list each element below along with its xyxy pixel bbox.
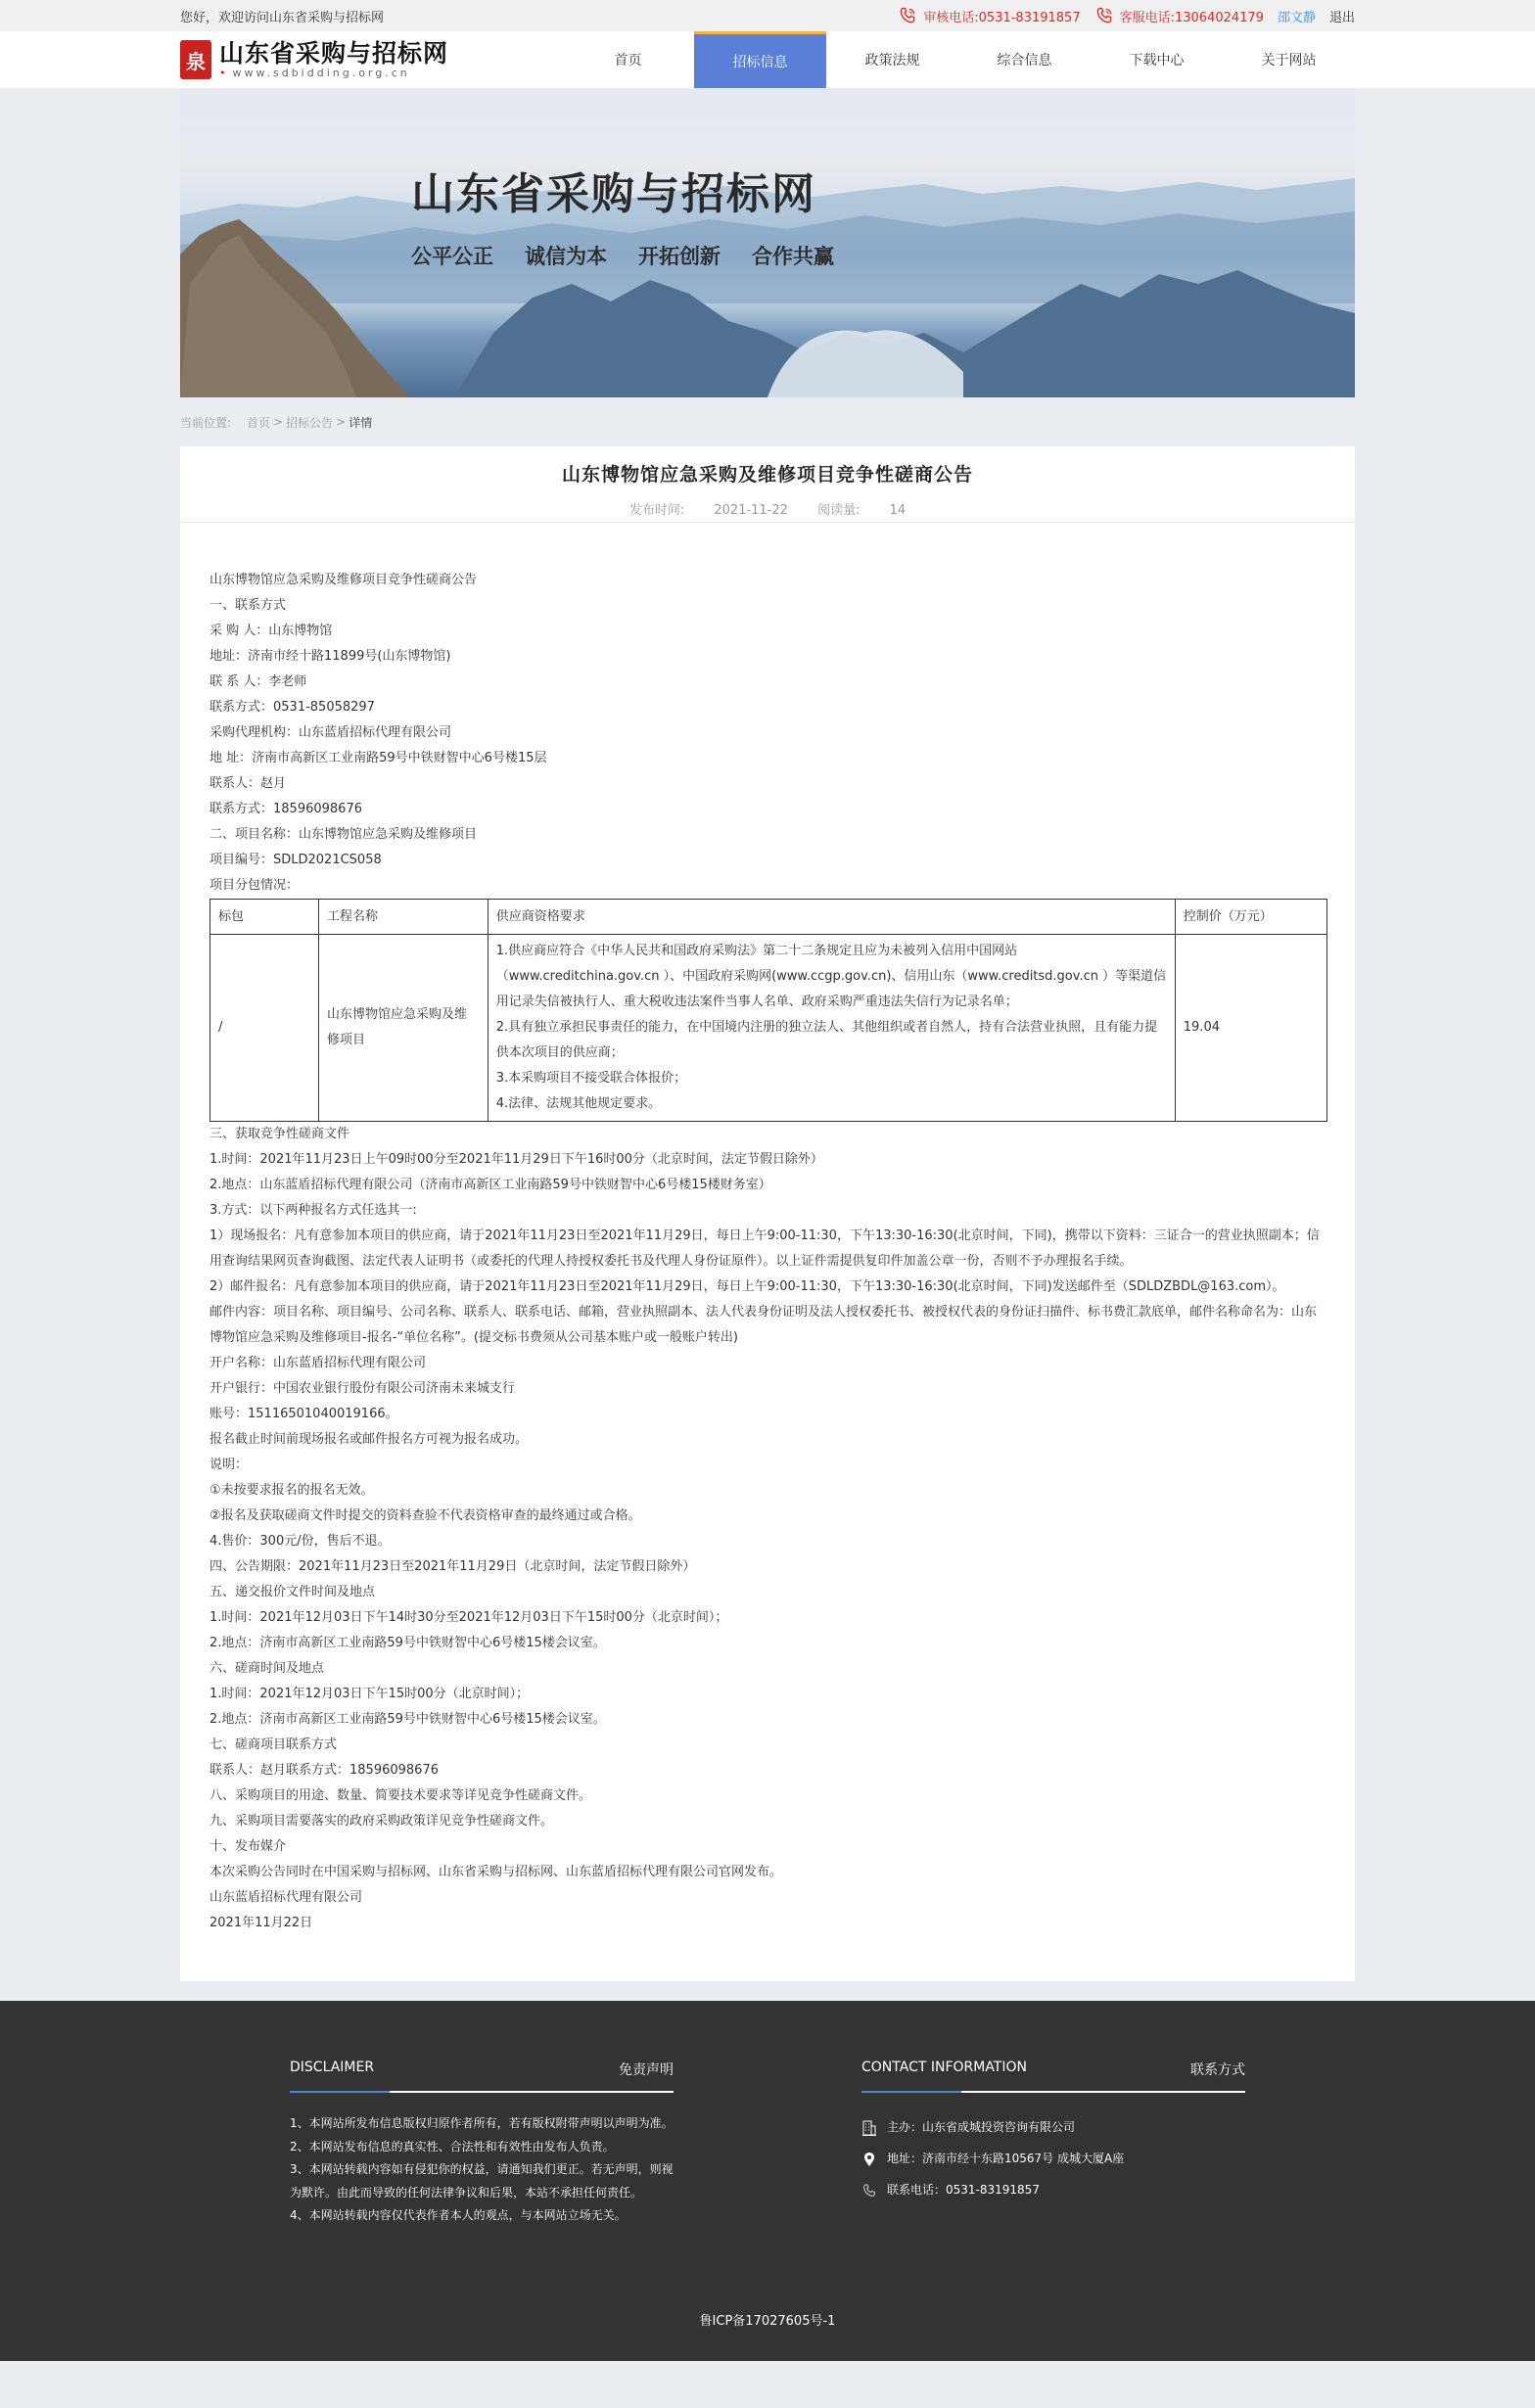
- breadcrumb-current: 详情: [349, 414, 372, 431]
- article-paragraph: 四、公告期限：2021年11月23日至2021年11月29日（北京时间，法定节假…: [209, 1554, 1326, 1580]
- article-paragraph: 开户名称：山东蓝盾招标代理有限公司: [209, 1351, 1326, 1376]
- nav-item-bidding-info[interactable]: 招标信息: [694, 31, 826, 88]
- contact-address-text: 地址：济南市经十东路10567号 成城大厦A座: [887, 2148, 1124, 2171]
- requirements-cell: 1.供应商应符合《中华人民共和国政府采购法》第二十二条规定且应为未被列入信用中国…: [488, 935, 1175, 1122]
- article-paragraph: 1.时间：2021年12月03日下午15时00分（北京时间）；: [209, 1682, 1326, 1707]
- table-row: / 山东博物馆应急采购及维修项目 1.供应商应符合《中华人民共和国政府采购法》第…: [210, 935, 1327, 1122]
- logout-link[interactable]: 退出: [1329, 7, 1355, 25]
- article-paragraph: 联系方式：0531-85058297: [209, 695, 1326, 720]
- requirement-item: 3.本采购项目不接受联合体报价；: [496, 1066, 1167, 1091]
- nav-item-home[interactable]: 首页: [562, 31, 694, 88]
- contact-host-text: 主办：山东省成城投资咨询有限公司: [887, 2116, 1075, 2140]
- article-header: 山东博物馆应急采购及维修项目竞争性磋商公告 发布时间: 2021-11-22 阅…: [180, 446, 1355, 523]
- disclaimer-section: DISCLAIMER 免责声明 1、本网站所发布信息版权归原作者所有，若有版权附…: [290, 2060, 674, 2228]
- disclaimer-title-cn: 免责声明: [619, 2060, 674, 2079]
- article-body-bottom: 三、获取竞争性磋商文件1.时间：2021年11月23日上午09时00分至2021…: [209, 1122, 1326, 1936]
- main-nav: 首页 招标信息 政策法规 综合信息 下载中心 关于网站: [562, 31, 1355, 88]
- article-paragraph: 联 系 人：李老师: [209, 670, 1326, 695]
- site-header: 泉 山东省采购与招标网 www.sdbidding.org.cn 首页 招标信息…: [0, 31, 1535, 88]
- logo-title: 山东省采购与招标网: [219, 40, 448, 68]
- article-paragraph: 八、采购项目的用途、数量、简要技术要求等详见竞争性磋商文件。: [209, 1783, 1326, 1809]
- article-paragraph: 2）邮件报名：凡有意参加本项目的供应商，请于2021年11月23日至2021年1…: [209, 1274, 1326, 1300]
- contact-section: CONTACT INFORMATION 联系方式 主办：山东省成城投资咨询有限公…: [861, 2060, 1245, 2228]
- breadcrumb-label: 当前位置:: [180, 414, 231, 431]
- contact-title-cn: 联系方式: [1190, 2060, 1245, 2079]
- audit-phone: 审核电话:0531-83191857: [898, 6, 1080, 25]
- banner-slogans: 公平公正 诚信为本 开拓创新 合作共赢: [411, 241, 834, 270]
- breadcrumb-bidding-notice[interactable]: 招标公告: [286, 414, 333, 431]
- welcome-text: 您好，欢迎访问山东省采购与招标网: [180, 7, 384, 25]
- article-paragraph: 2.地点：济南市高新区工业南路59号中铁财智中心6号楼15楼会议室。: [209, 1707, 1326, 1733]
- breadcrumb-separator: >: [336, 415, 346, 429]
- package-table: 标包 工程名称 供应商资格要求 控制价（万元） / 山东博物馆应急采购及维修项目…: [209, 899, 1327, 1122]
- article-meta: 发布时间: 2021-11-22 阅读量: 14: [180, 499, 1355, 518]
- breadcrumb: 当前位置: 首页 > 招标公告 > 详情: [0, 397, 1535, 446]
- breadcrumb-separator: >: [273, 415, 283, 429]
- article-paragraph: 报名截止时间前现场报名或邮件报名方可视为报名成功。: [209, 1427, 1326, 1453]
- publish-date: 发布时间: 2021-11-22: [629, 503, 788, 518]
- logo-url: www.sdbidding.org.cn: [219, 68, 448, 79]
- contact-title-en: CONTACT INFORMATION: [861, 2060, 1027, 2079]
- article-paragraph: 3.方式：以下两种报名方式任选其一:: [209, 1198, 1326, 1224]
- disclaimer-item: 3、本网站转载内容如有侵犯你的权益，请通知我们更正。若无声明，则视为默许。由此而…: [290, 2158, 674, 2204]
- section-divider: [290, 2091, 674, 2093]
- article-paragraph: 项目分包情况：: [209, 873, 1326, 899]
- contact-phone: 联系电话：0531-83191857: [861, 2175, 1245, 2206]
- banner-title: 山东省采购与招标网: [411, 159, 816, 221]
- requirement-item: 4.法律、法规其他规定要求。: [496, 1091, 1167, 1117]
- contact-phone-text: 联系电话：0531-83191857: [887, 2179, 1040, 2202]
- article-paragraph: 2.地点：济南市高新区工业南路59号中铁财智中心6号楼15楼会议室。: [209, 1631, 1326, 1656]
- requirement-item: 1.供应商应符合《中华人民共和国政府采购法》第二十二条规定且应为未被列入信用中国…: [496, 939, 1167, 1015]
- view-count: 阅读量: 14: [817, 503, 906, 518]
- article-paragraph: 三、获取竞争性磋商文件: [209, 1122, 1326, 1147]
- control-price-cell: 19.04: [1175, 935, 1326, 1122]
- building-icon: [861, 2120, 877, 2136]
- article-paragraph: 4.售价：300元/份，售后不退。: [209, 1529, 1326, 1554]
- article-paragraph: 九、采购项目需要落实的政府采购政策详见竞争性磋商文件。: [209, 1809, 1326, 1834]
- section-divider: [861, 2091, 1245, 2093]
- package-cell: /: [210, 935, 319, 1122]
- phone-ringing-icon: [898, 6, 917, 25]
- article-paragraph: 1.时间：2021年11月23日上午09时00分至2021年11月29日下午16…: [209, 1147, 1326, 1173]
- article-paragraph: 五、递交报价文件时间及地点: [209, 1580, 1326, 1605]
- article-paragraph: 二、项目名称：山东博物馆应急采购及维修项目: [209, 822, 1326, 848]
- article-paragraph: 2.地点：山东蓝盾招标代理有限公司（济南市高新区工业南路59号中铁财智中心6号楼…: [209, 1173, 1326, 1198]
- article-paragraph: 联系方式：18596098676: [209, 797, 1326, 822]
- article-paragraph: 1.时间：2021年12月03日下午14时30分至2021年12月03日下午15…: [209, 1605, 1326, 1631]
- article-paragraph: ①未按要求报名的报名无效。: [209, 1478, 1326, 1504]
- site-footer: DISCLAIMER 免责声明 1、本网站所发布信息版权归原作者所有，若有版权附…: [0, 2001, 1535, 2361]
- phone-icon: [861, 2183, 877, 2199]
- user-name-link[interactable]: 邵文静: [1278, 7, 1316, 25]
- slogan: 合作共赢: [752, 241, 834, 270]
- slogan: 开拓创新: [638, 241, 721, 270]
- article-paragraph: 山东博物馆应急采购及维修项目竞争性磋商公告: [209, 568, 1326, 593]
- table-header-cell: 标包: [210, 900, 319, 935]
- article-paragraph: 2021年11月22日: [209, 1911, 1326, 1936]
- article-paragraph: 本次采购公告同时在中国采购与招标网、山东省采购与招标网、山东蓝盾招标代理有限公司…: [209, 1860, 1326, 1885]
- article-paragraph: 邮件内容：项目名称、项目编号、公司名称、联系人、联系电话、邮箱，营业执照副本、法…: [209, 1300, 1326, 1351]
- service-phone-text: 客服电话:13064024179: [1120, 7, 1264, 25]
- phone-ringing-icon: [1094, 6, 1114, 25]
- nav-item-policies[interactable]: 政策法规: [826, 31, 958, 88]
- article-paragraph: 采 购 人：山东博物馆: [209, 619, 1326, 644]
- article-paragraph: 项目编号：SDLD2021CS058: [209, 848, 1326, 873]
- disclaimer-item: 2、本网站发布信息的真实性、合法性和有效性由发布人负责。: [290, 2136, 674, 2159]
- disclaimer-title-en: DISCLAIMER: [290, 2060, 374, 2079]
- article-paragraph: ②报名及获取磋商文件时提交的资料查验不代表资格审查的最终通过或合格。: [209, 1504, 1326, 1529]
- nav-item-downloads[interactable]: 下载中心: [1091, 31, 1223, 88]
- article-body-top: 山东博物馆应急采购及维修项目竞争性磋商公告一、联系方式采 购 人：山东博物馆地址…: [209, 568, 1326, 899]
- article-paragraph: 开户银行：中国农业银行股份有限公司济南未来城支行: [209, 1376, 1326, 1402]
- breadcrumb-home[interactable]: 首页: [247, 414, 270, 431]
- article-paragraph: 联系人：赵月: [209, 771, 1326, 797]
- article-paragraph: 十、发布媒介: [209, 1834, 1326, 1860]
- article-paragraph: 地 址：济南市高新区工业南路59号中铁财智中心6号楼15层: [209, 746, 1326, 771]
- audit-phone-text: 审核电话:0531-83191857: [923, 7, 1080, 25]
- article-paragraph: 地址：济南市经十路11899号(山东博物馆): [209, 644, 1326, 670]
- article-paragraph: 一、联系方式: [209, 593, 1326, 619]
- project-name-cell: 山东博物馆应急采购及维修项目: [319, 935, 488, 1122]
- top-bar: 您好，欢迎访问山东省采购与招标网 审核电话:0531-83191857 客服电话…: [0, 0, 1535, 31]
- article-paragraph: 账号：15116501040019166。: [209, 1402, 1326, 1427]
- site-logo[interactable]: 泉 山东省采购与招标网 www.sdbidding.org.cn: [180, 40, 562, 79]
- hero-banner: 山东省采购与招标网 公平公正 诚信为本 开拓创新 合作共赢: [0, 88, 1535, 397]
- article-body: 山东博物馆应急采购及维修项目竞争性磋商公告一、联系方式采 购 人：山东博物馆地址…: [180, 523, 1355, 1981]
- nav-item-about[interactable]: 关于网站: [1223, 31, 1355, 88]
- contact-host: 主办：山东省成城投资咨询有限公司: [861, 2112, 1245, 2144]
- article-panel: 山东博物馆应急采购及维修项目竞争性磋商公告 发布时间: 2021-11-22 阅…: [180, 446, 1355, 1981]
- article-paragraph: 七、磋商项目联系方式: [209, 1733, 1326, 1758]
- slogan: 公平公正: [411, 241, 493, 270]
- article-paragraph: 说明：: [209, 1453, 1326, 1478]
- disclaimer-item: 1、本网站所发布信息版权归原作者所有，若有版权附带声明以声明为准。: [290, 2112, 674, 2136]
- article-paragraph: 1）现场报名：凡有意参加本项目的供应商，请于2021年11月23日至2021年1…: [209, 1224, 1326, 1274]
- contact-address: 地址：济南市经十东路10567号 成城大厦A座: [861, 2144, 1245, 2175]
- table-header-cell: 供应商资格要求: [488, 900, 1175, 935]
- logo-mark-icon: 泉: [180, 40, 211, 79]
- disclaimer-item: 4、本网站转载内容仅代表作者本人的观点，与本网站立场无关。: [290, 2204, 674, 2228]
- table-header-row: 标包 工程名称 供应商资格要求 控制价（万元）: [210, 900, 1327, 935]
- article-paragraph: 联系人：赵月联系方式：18596098676: [209, 1758, 1326, 1783]
- article-paragraph: 采购代理机构：山东蓝盾招标代理有限公司: [209, 720, 1326, 746]
- icp-license[interactable]: 鲁ICP备17027605号-1: [0, 2310, 1535, 2329]
- location-pin-icon: [861, 2152, 877, 2167]
- service-phone: 客服电话:13064024179: [1094, 6, 1264, 25]
- article-paragraph: 六、磋商时间及地点: [209, 1656, 1326, 1682]
- nav-item-general-info[interactable]: 综合信息: [958, 31, 1091, 88]
- table-header-cell: 控制价（万元）: [1175, 900, 1326, 935]
- article-paragraph: 山东蓝盾招标代理有限公司: [209, 1885, 1326, 1911]
- article-title: 山东博物馆应急采购及维修项目竞争性磋商公告: [180, 460, 1355, 489]
- table-header-cell: 工程名称: [319, 900, 488, 935]
- requirement-item: 2.具有独立承担民事责任的能力，在中国境内注册的独立法人、其他组织或者自然人，持…: [496, 1015, 1167, 1066]
- slogan: 诚信为本: [525, 241, 607, 270]
